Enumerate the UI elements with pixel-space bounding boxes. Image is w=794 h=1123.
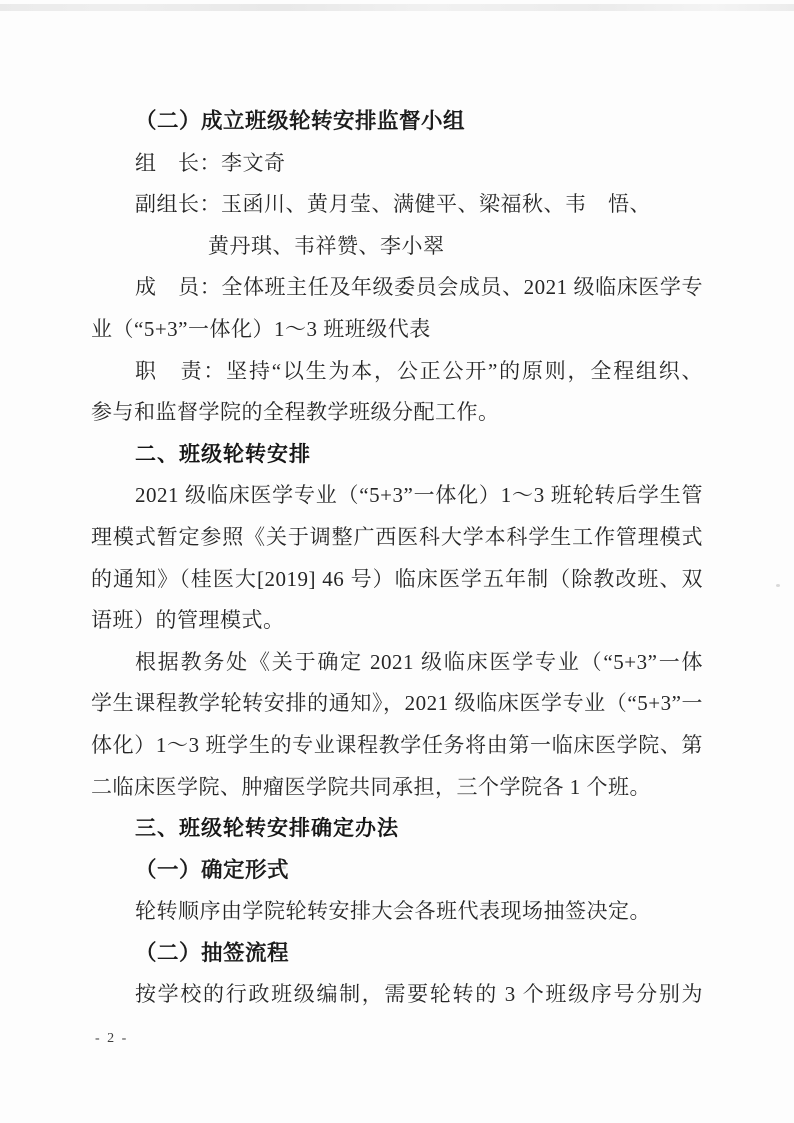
text-line: 职 责：坚持“以生为本，公正公开”的原则，全程组织、 — [91, 351, 703, 393]
text-line: 的通知》（桂医大[2019] 46 号）临床医学五年制（除教改班、双 — [91, 559, 703, 601]
page-number: - 2 - — [95, 1031, 128, 1047]
text-line: 2021 级临床医学专业（“5+3”一体化）1～3 班轮转后学生管 — [91, 475, 703, 517]
heading-line: （二）成立班级轮转安排监督小组 — [91, 101, 703, 143]
text-line: 业（“5+3”一体化）1～3 班班级代表 — [91, 309, 703, 351]
text-line: 轮转顺序由学院轮转安排大会各班代表现场抽签决定。 — [91, 891, 703, 933]
text-line: 黄丹琪、韦祥赞、李小翠 — [91, 226, 703, 268]
heading-line: 二、班级轮转安排 — [91, 434, 703, 476]
scan-artifact-band — [0, 4, 794, 11]
text-line: 理模式暂定参照《关于调整广西医科大学本科学生工作管理模式 — [91, 517, 703, 559]
text-line: 语班）的管理模式。 — [91, 600, 703, 642]
text-line: 副组长：玉函川、黄月莹、满健平、梁福秋、韦 悟、 — [91, 184, 703, 226]
text-line: 体化）1～3 班学生的专业课程教学任务将由第一临床医学院、第 — [91, 725, 703, 767]
text-line: 根据教务处《关于确定 2021 级临床医学专业（“5+3”一体化） — [91, 642, 703, 684]
heading-line: （一）确定形式 — [91, 850, 703, 892]
text-line: 成 员：全体班主任及年级委员会成员、2021 级临床医学专 — [91, 267, 703, 309]
text-line: 参与和监督学院的全程教学班级分配工作。 — [91, 392, 703, 434]
heading-line: 三、班级轮转安排确定办法 — [91, 808, 703, 850]
heading-line: （二）抽签流程 — [91, 933, 703, 975]
text-line: 组 长：李文奇 — [91, 143, 703, 185]
text-line: 按学校的行政班级编制，需要轮转的 3 个班级序号分别为 — [91, 974, 703, 1016]
document-text-block: （二）成立班级轮转安排监督小组组 长：李文奇副组长：玉函川、黄月莹、满健平、梁福… — [91, 101, 703, 1016]
scan-speck — [776, 584, 780, 587]
text-line: 学生课程教学轮转安排的通知》，2021 级临床医学专业（“5+3”一 — [91, 683, 703, 725]
text-line: 二临床医学院、肿瘤医学院共同承担，三个学院各 1 个班。 — [91, 767, 703, 809]
document-page: （二）成立班级轮转安排监督小组组 长：李文奇副组长：玉函川、黄月莹、满健平、梁福… — [0, 0, 794, 1123]
